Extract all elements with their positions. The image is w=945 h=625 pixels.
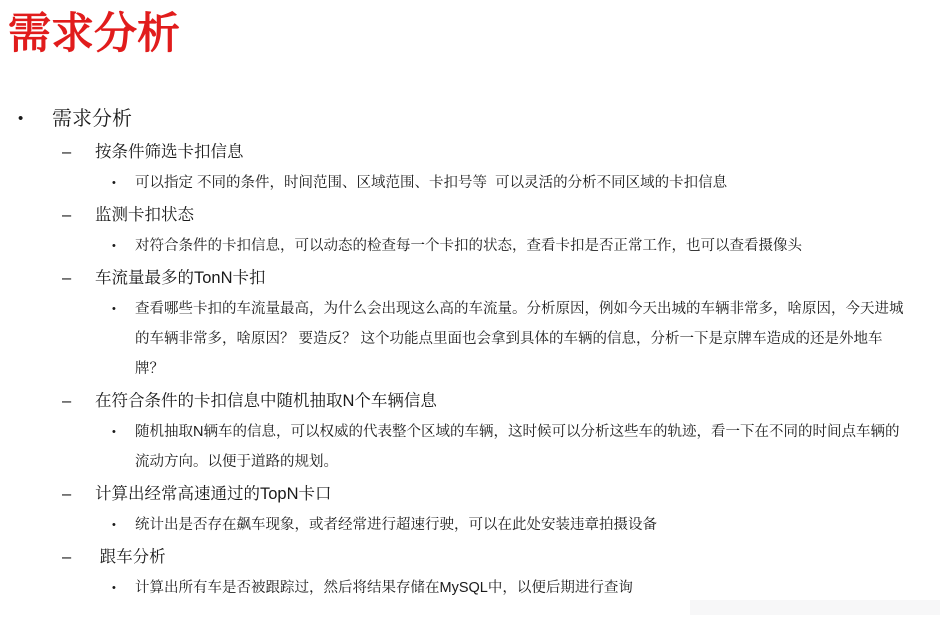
outline-section: – 按条件筛选卡扣信息 • 可以指定 不同的条件，时间范围、区域范围、卡扣号等 …	[0, 142, 945, 198]
dash-bullet-icon: –	[62, 268, 95, 289]
section-point: 计算出所有车是否被跟踪过，然后将结果存储在MySQL中，以便后期进行查询	[135, 573, 908, 603]
section-title: 车流量最多的TonN卡扣	[95, 268, 266, 289]
bullet-dot-icon: •	[112, 417, 135, 447]
section-point: 可以指定 不同的条件，时间范围、区域范围、卡扣号等 可以灵活的分析不同区域的卡扣…	[135, 168, 908, 198]
section-title-row: – 车流量最多的TonN卡扣	[0, 268, 945, 289]
dash-bullet-icon: –	[62, 142, 95, 163]
section-point-row: • 随机抽取N辆车的信息，可以权威的代表整个区域的车辆，这时候可以分析这些车的轨…	[0, 417, 945, 477]
section-title-row: – 监测卡扣状态	[0, 205, 945, 226]
dash-bullet-icon: –	[62, 391, 95, 412]
section-point: 查看哪些卡扣的车流量最高，为什么会出现这么高的车流量。分析原因，例如今天出城的车…	[135, 294, 908, 384]
bullet-dot-icon: •	[112, 168, 135, 198]
outline-heading-row: • 需求分析	[0, 106, 945, 132]
dash-bullet-icon: –	[62, 547, 95, 568]
slide: 需求分析 • 需求分析 – 按条件筛选卡扣信息 • 可以指定 不同的条件，时间范…	[0, 0, 945, 625]
section-point-row: • 查看哪些卡扣的车流量最高，为什么会出现这么高的车流量。分析原因，例如今天出城…	[0, 294, 945, 384]
section-title-row: – 在符合条件的卡扣信息中随机抽取N个车辆信息	[0, 391, 945, 412]
dash-bullet-icon: –	[62, 484, 95, 505]
section-title: 在符合条件的卡扣信息中随机抽取N个车辆信息	[95, 391, 437, 412]
section-point-row: • 可以指定 不同的条件，时间范围、区域范围、卡扣号等 可以灵活的分析不同区域的…	[0, 168, 945, 198]
section-title-row: – 按条件筛选卡扣信息	[0, 142, 945, 163]
section-title-row: – 计算出经常高速通过的TopN卡口	[0, 484, 945, 505]
bullet-dot-icon: •	[112, 294, 135, 324]
bullet-dot-icon: •	[112, 573, 135, 603]
section-point-row: • 计算出所有车是否被跟踪过，然后将结果存储在MySQL中，以便后期进行查询	[0, 573, 945, 603]
dash-bullet-icon: –	[62, 205, 95, 226]
section-title: 计算出经常高速通过的TopN卡口	[95, 484, 332, 505]
bullet-dot-icon: •	[112, 510, 135, 540]
section-title: 按条件筛选卡扣信息	[95, 142, 244, 163]
section-point: 随机抽取N辆车的信息，可以权威的代表整个区域的车辆，这时候可以分析这些车的轨迹，…	[135, 417, 908, 477]
slide-title: 需求分析	[0, 0, 945, 62]
outline-section: – 车流量最多的TonN卡扣 • 查看哪些卡扣的车流量最高，为什么会出现这么高的…	[0, 268, 945, 384]
outline-section: – 计算出经常高速通过的TopN卡口 • 统计出是否存在飙车现象，或者经常进行超…	[0, 484, 945, 540]
section-point: 对符合条件的卡扣信息，可以动态的检查每一个卡扣的状态，查看卡扣是否正常工作，也可…	[135, 231, 908, 261]
outline: • 需求分析 – 按条件筛选卡扣信息 • 可以指定 不同的条件，时间范围、区域范…	[0, 106, 945, 603]
bullet-dot-icon: •	[18, 106, 52, 132]
bullet-dot-icon: •	[112, 231, 135, 261]
outline-section: – 在符合条件的卡扣信息中随机抽取N个车辆信息 • 随机抽取N辆车的信息，可以权…	[0, 391, 945, 477]
section-point-row: • 统计出是否存在飙车现象，或者经常进行超速行驶，可以在此处安装违章拍摄设备	[0, 510, 945, 540]
section-title: 跟车分析	[95, 547, 166, 568]
outline-section: – 跟车分析 • 计算出所有车是否被跟踪过，然后将结果存储在MySQL中，以便后…	[0, 547, 945, 603]
section-point-row: • 对符合条件的卡扣信息，可以动态的检查每一个卡扣的状态，查看卡扣是否正常工作，…	[0, 231, 945, 261]
outline-heading: 需求分析	[52, 106, 132, 132]
outline-section: – 监测卡扣状态 • 对符合条件的卡扣信息，可以动态的检查每一个卡扣的状态，查看…	[0, 205, 945, 261]
section-title: 监测卡扣状态	[95, 205, 194, 226]
section-title-row: – 跟车分析	[0, 547, 945, 568]
section-point: 统计出是否存在飙车现象，或者经常进行超速行驶，可以在此处安装违章拍摄设备	[135, 510, 908, 540]
